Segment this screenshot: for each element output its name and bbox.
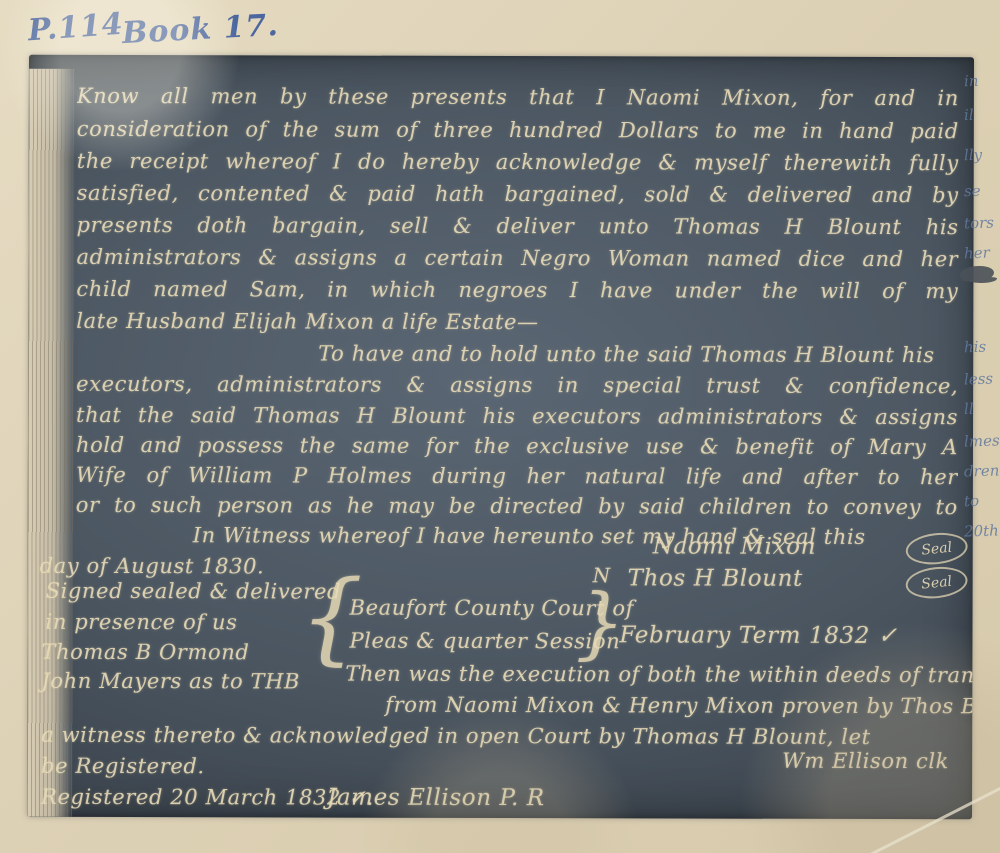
margin-note: to (964, 492, 980, 511)
photostat-image: Know all men by these presents that I Na… (27, 55, 974, 819)
seal-scribble: Seal (904, 530, 969, 567)
clerk-signature: Wm Ellison clk (782, 747, 949, 775)
deed-line: Wife of William P Holmes during her natu… (76, 461, 958, 492)
witness-line: Thomas B Ormond (41, 638, 249, 667)
deed-line: the receipt whereof I do hereby acknowle… (77, 147, 959, 178)
deed-line: child named Sam, in which negroes I have… (76, 275, 958, 306)
probate-line: a witness thereto & acknowledged in open… (41, 721, 871, 751)
deed-line: executors, administrators & assigns in s… (76, 370, 958, 401)
margin-note: in (964, 72, 979, 90)
seal-label: Seal (921, 539, 953, 558)
deed-line: late Husband Elijah Mixon a life Estate— (76, 307, 538, 336)
probate-line: Then was the execution of both the withi… (345, 660, 974, 690)
deed-line: administrators & assigns a certain Negro… (76, 243, 958, 274)
deed-line: satisfied, contented & paid hath bargain… (77, 179, 959, 210)
margin-note: dren (964, 461, 1000, 480)
deed-line: consideration of the sum of three hundre… (77, 115, 959, 146)
registrar-signature: James Ellison P. R (327, 784, 545, 813)
deed-line: or to such person as he may be directed … (76, 491, 958, 522)
deed-line: hold and possess the same for the exclus… (76, 431, 958, 462)
deed-line: presents doth bargain, sell & deliver un… (77, 211, 959, 242)
deed-line: Know all men by these presents that I Na… (77, 82, 959, 113)
court-term: February Term 1832 ✓ (619, 621, 897, 650)
seal-scribble: Seal (904, 564, 969, 601)
margin-note: se (964, 182, 981, 201)
seal-label: Seal (921, 573, 953, 592)
margin-note: less (964, 369, 994, 388)
deed-line: To have and to hold unto the said Thomas… (318, 340, 935, 370)
scanned-document-page: P.114 Book 17. Know all men by these pre… (0, 0, 1000, 853)
probate-line: be Registered. (41, 752, 205, 780)
ink-blot (960, 266, 994, 282)
witness-line: Signed sealed & delivered (46, 577, 342, 606)
court-brace-right-icon: } (575, 584, 625, 662)
margin-note: ll (964, 400, 974, 418)
margin-note: tors (964, 213, 995, 232)
margin-note: her (964, 244, 990, 263)
book-number-annotation: Book 17. (121, 8, 279, 51)
margin-note: his (964, 338, 987, 357)
margin-note: 20th (964, 521, 999, 540)
grantee-signature: Thos H Blount (628, 564, 803, 592)
page-number-annotation: P.114 (27, 7, 125, 49)
margin-note: lmes (964, 431, 1000, 450)
witness-line: in presence of us (45, 608, 237, 637)
registration-line: Registered 20 March 1832 ✓. (41, 783, 374, 812)
probate-line: from Naomi Mixon & Henry Mixon proven by… (385, 691, 974, 721)
margin-note: il (964, 106, 974, 124)
book-page-edge-striations (27, 69, 75, 817)
witness-line: John Mayers as to THB (41, 667, 300, 696)
deed-line: that the said Thomas H Blount his execut… (76, 401, 958, 432)
margin-note: lly (964, 146, 983, 165)
grantor-signature: Naomi Mixon (653, 532, 816, 560)
